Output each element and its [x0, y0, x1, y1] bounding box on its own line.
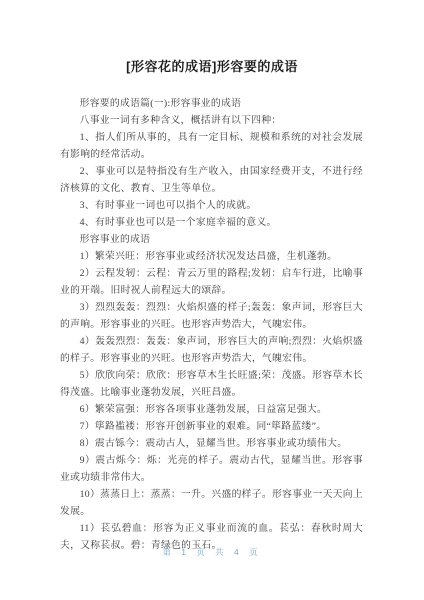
document-title: [形容花的成语]形容要的成语: [0, 0, 424, 75]
paragraph: 7）筚路褴褛：形容开创新事业的艰难。同“筚路蓝缕”。: [60, 418, 363, 435]
document-page: [形容花的成语]形容要的成语 形容要的成语篇(一):形容事业的成语 八事业一词有…: [0, 0, 424, 600]
paragraph: 1、指人们所从事的，具有一定目标、规模和系统的对社会发展有影响的经常活动。: [60, 129, 363, 163]
paragraph: 形容事业的成语: [60, 231, 363, 248]
document-body: 形容要的成语篇(一):形容事业的成语 八事业一词有多种含义，概括讲有以下四种： …: [60, 95, 363, 554]
paragraph: 形容要的成语篇(一):形容事业的成语: [60, 95, 363, 112]
paragraph: 3）烈烈轰轰：烈烈：火焰炽盛的样子;轰轰：象声词，形容巨大的声响。形容事业的兴旺…: [60, 299, 363, 333]
paragraph: 4、有时事业也可以是一个家庭幸福的意义。: [60, 214, 363, 231]
paragraph: 4）轰轰烈烈：轰轰：象声词，形容巨大的声响;烈烈：火焰炽盛的样子。形容事业的兴旺…: [60, 333, 363, 367]
paragraph: 8）震古铄今：震动古人，显耀当世。形容事业或功绩伟大。: [60, 435, 363, 452]
paragraph: 9）震古烁今：烁：光亮的样子。震动古代，显耀当世。形容事业或功绩非常伟大。: [60, 452, 363, 486]
page-number-footer: 第 1 页 共 4 页: [0, 546, 424, 558]
paragraph: 10）蒸蒸日上：蒸蒸：一升。兴盛的样子。形容事业一天天向上发展。: [60, 486, 363, 520]
paragraph: 5）欣欣向荣：欣欣：形容草木生长旺盛;荣：茂盛。形容草木长得茂盛。比喻事业蓬勃发…: [60, 367, 363, 401]
paragraph: 6）繁荣富强：形容各项事业蓬勃发展，日益富足强大。: [60, 401, 363, 418]
paragraph: 八事业一词有多种含义，概括讲有以下四种：: [60, 112, 363, 129]
paragraph: 3、有时事业一词也可以指个人的成就。: [60, 197, 363, 214]
paragraph: 2、事业可以是特指没有生产收入，由国家经费开支，不进行经济核算的文化、教育、卫生…: [60, 163, 363, 197]
paragraph: 2）云程发轫：云程：青云万里的路程;发轫：启车行进，比喻事业的开端。旧时祝人前程…: [60, 265, 363, 299]
paragraph: 1）繁荣兴旺：形容事业或经济状况发达昌盛，生机蓬勃。: [60, 248, 363, 265]
